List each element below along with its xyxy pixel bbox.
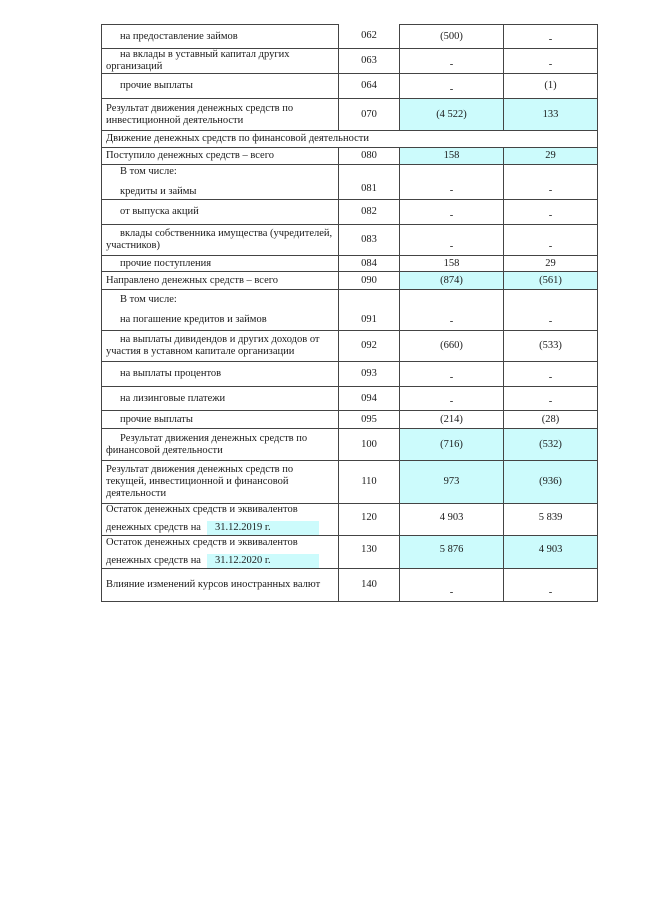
row-label: на вклады в уставный капитал других орга… — [102, 49, 339, 74]
row-code: 095 — [339, 411, 400, 429]
row-code: 091 — [339, 290, 400, 331]
value-previous-period[interactable]: (1) — [504, 74, 598, 99]
row-label: Результат движения денежных средств по ф… — [102, 429, 339, 461]
value-previous-period[interactable]: (533) — [504, 331, 598, 362]
row-label: на выплаты процентов — [102, 362, 339, 387]
row-label-text-2: денежных средств на — [106, 555, 201, 566]
table-row: на выплаты процентов093-- — [102, 362, 598, 387]
row-label-text: от выпуска акций — [120, 206, 199, 217]
row-code: 082 — [339, 200, 400, 225]
value-current-period[interactable]: - — [400, 49, 504, 74]
table-row: Результат движения денежных средств по ф… — [102, 429, 598, 461]
row-code: 120 — [339, 504, 400, 536]
table-row: В том числе:кредиты и займы081-- — [102, 165, 598, 200]
value-previous-period[interactable]: - — [504, 569, 598, 602]
row-label: Поступило денежных средств – всего — [102, 148, 339, 165]
row-label: Результат движения денежных средств по т… — [102, 461, 339, 504]
value-previous-period[interactable]: - — [504, 165, 598, 200]
row-label-text: вклады собственника имущества (учредител… — [106, 228, 334, 252]
value-previous-period[interactable]: - — [504, 225, 598, 256]
table-row: на предоставление займов062(500)- — [102, 25, 598, 49]
value-current-period[interactable]: - — [400, 74, 504, 99]
section-title: Движение денежных средств по финансовой … — [102, 131, 598, 148]
value-current-period[interactable]: (660) — [400, 331, 504, 362]
row-label: В том числе:на погашение кредитов и займ… — [102, 290, 339, 331]
date-field[interactable]: 31.12.2020 г. — [207, 554, 319, 568]
table-row: вклады собственника имущества (учредител… — [102, 225, 598, 256]
row-label: Влияние изменений курсов иностранных вал… — [102, 569, 339, 602]
value-current-period[interactable]: (4 522) — [400, 99, 504, 131]
value-previous-period[interactable]: 5 839 — [504, 504, 598, 536]
row-label-text: прочие выплаты — [120, 414, 193, 425]
row-label: Направлено денежных средств – всего — [102, 272, 339, 290]
row-code: 063 — [339, 49, 400, 74]
row-label: на предоставление займов — [102, 25, 339, 49]
value-current-period[interactable]: - — [400, 165, 504, 200]
row-label-text: Направлено денежных средств – всего — [106, 275, 278, 286]
table-row: Поступило денежных средств – всего080158… — [102, 148, 598, 165]
table-row: на вклады в уставный капитал других орга… — [102, 49, 598, 74]
row-label: В том числе:кредиты и займы — [102, 165, 339, 200]
table-row: прочие выплаты064-(1) — [102, 74, 598, 99]
row-code: 094 — [339, 387, 400, 411]
table-row: на выплаты дивидендов и других доходов о… — [102, 331, 598, 362]
row-code: 070 — [339, 99, 400, 131]
row-code: 080 — [339, 148, 400, 165]
value-previous-period[interactable]: (936) — [504, 461, 598, 504]
value-previous-period[interactable]: (28) — [504, 411, 598, 429]
value-current-period[interactable]: - — [400, 362, 504, 387]
row-code: 100 — [339, 429, 400, 461]
row-label: Остаток денежных средств и эквивалентовд… — [102, 504, 339, 536]
row-code: 064 — [339, 74, 400, 99]
value-previous-period[interactable]: - — [504, 49, 598, 74]
row-label-text: на предоставление займов — [120, 31, 238, 42]
row-label-text: кредиты и займы — [120, 186, 334, 198]
row-label-text: Результат движения денежных средств по и… — [106, 103, 293, 126]
value-current-period[interactable]: 5 876 — [400, 536, 504, 569]
row-label: Остаток денежных средств и эквивалентовд… — [102, 536, 339, 569]
table-row: Направлено денежных средств – всего090(8… — [102, 272, 598, 290]
value-current-period[interactable]: - — [400, 387, 504, 411]
row-label: от выпуска акций — [102, 200, 339, 225]
value-current-period[interactable]: (214) — [400, 411, 504, 429]
value-previous-period[interactable]: - — [504, 362, 598, 387]
row-label-text: прочие выплаты — [120, 80, 193, 91]
value-current-period[interactable]: (716) — [400, 429, 504, 461]
row-code: 093 — [339, 362, 400, 387]
row-code: 140 — [339, 569, 400, 602]
row-label: на выплаты дивидендов и других доходов о… — [102, 331, 339, 362]
date-field[interactable]: 31.12.2019 г. — [207, 521, 319, 535]
value-current-period[interactable]: - — [400, 290, 504, 331]
value-previous-period[interactable]: (532) — [504, 429, 598, 461]
value-previous-period[interactable]: - — [504, 200, 598, 225]
row-code: 081 — [339, 165, 400, 200]
value-previous-period[interactable]: 29 — [504, 148, 598, 165]
row-label-text-2: денежных средств на — [106, 522, 201, 533]
row-code: 110 — [339, 461, 400, 504]
table-row: Остаток денежных средств и эквивалентовд… — [102, 504, 598, 536]
row-label: вклады собственника имущества (учредител… — [102, 225, 339, 256]
row-code: 092 — [339, 331, 400, 362]
row-code: 062 — [339, 25, 400, 49]
row-label-text: Остаток денежных средств и эквивалентов — [106, 537, 334, 549]
section-header-row: Движение денежных средств по финансовой … — [102, 131, 598, 148]
row-code: 130 — [339, 536, 400, 569]
row-label-text: прочие поступления — [120, 258, 211, 269]
table-row: Результат движения денежных средств по т… — [102, 461, 598, 504]
value-current-period[interactable]: 158 — [400, 256, 504, 272]
value-previous-period[interactable]: 4 903 — [504, 536, 598, 569]
table-row: Результат движения денежных средств по и… — [102, 99, 598, 131]
row-label-text: на выплаты процентов — [120, 368, 221, 379]
cash-flow-table: на предоставление займов062(500)-на вкла… — [101, 24, 598, 602]
table-row: Остаток денежных средств и эквивалентовд… — [102, 536, 598, 569]
row-label-prefix: В том числе: — [120, 294, 334, 306]
table-row: В том числе:на погашение кредитов и займ… — [102, 290, 598, 331]
row-label-text: на лизинговые платежи — [120, 393, 225, 404]
value-current-period[interactable]: 4 903 — [400, 504, 504, 536]
row-label-text: на выплаты дивидендов и других доходов о… — [106, 334, 334, 358]
row-label-prefix: В том числе: — [120, 166, 334, 178]
table-row: прочие поступления08415829 — [102, 256, 598, 272]
row-code: 090 — [339, 272, 400, 290]
value-current-period[interactable]: - — [400, 569, 504, 602]
row-label-text: Поступило денежных средств – всего — [106, 150, 274, 161]
value-previous-period[interactable]: - — [504, 25, 598, 49]
row-code: 083 — [339, 225, 400, 256]
value-current-period[interactable]: - — [400, 225, 504, 256]
value-previous-period[interactable]: 133 — [504, 99, 598, 131]
table-row: на лизинговые платежи094-- — [102, 387, 598, 411]
value-current-period[interactable]: (500) — [400, 25, 504, 49]
value-current-period[interactable]: 158 — [400, 148, 504, 165]
value-current-period[interactable]: - — [400, 200, 504, 225]
row-label: на лизинговые платежи — [102, 387, 339, 411]
value-previous-period[interactable]: - — [504, 387, 598, 411]
row-label-text: на погашение кредитов и займов — [120, 314, 334, 326]
value-previous-period[interactable]: - — [504, 290, 598, 331]
row-label-text: Влияние изменений курсов иностранных вал… — [106, 579, 320, 590]
row-label-text: Остаток денежных средств и эквивалентов — [106, 504, 334, 516]
value-previous-period[interactable]: (561) — [504, 272, 598, 290]
row-label: прочие выплаты — [102, 74, 339, 99]
value-current-period[interactable]: 973 — [400, 461, 504, 504]
row-label-text: Результат движения денежных средств по т… — [106, 464, 293, 499]
table-row: Влияние изменений курсов иностранных вал… — [102, 569, 598, 602]
row-label-text: Результат движения денежных средств по ф… — [106, 433, 334, 457]
row-code: 084 — [339, 256, 400, 272]
table-row: прочие выплаты095(214)(28) — [102, 411, 598, 429]
row-label: прочие выплаты — [102, 411, 339, 429]
row-label-text: на вклады в уставный капитал других орга… — [106, 49, 334, 73]
table-row: от выпуска акций082-- — [102, 200, 598, 225]
row-label: Результат движения денежных средств по и… — [102, 99, 339, 131]
value-current-period[interactable]: (874) — [400, 272, 504, 290]
row-label: прочие поступления — [102, 256, 339, 272]
value-previous-period[interactable]: 29 — [504, 256, 598, 272]
